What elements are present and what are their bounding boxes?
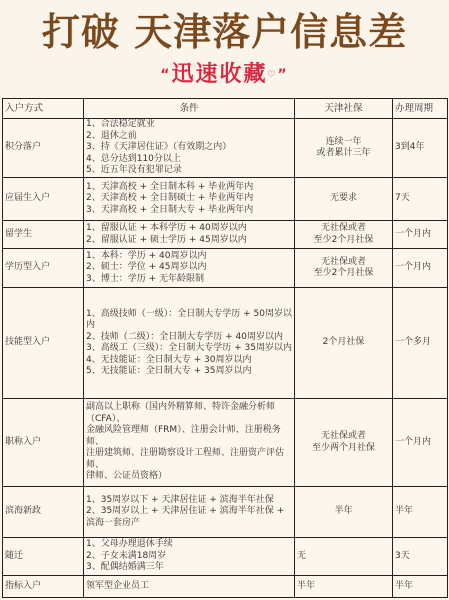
cell-social-security: 连续一年或者累计三年 xyxy=(295,119,393,178)
cell-social-security: 半年 xyxy=(295,487,393,538)
settlement-table: 入户方式 条件 天津社保 办理周期 积分落户1、合法稳定就业2、退休之前3、持《… xyxy=(2,98,448,598)
cell-conditions: 1、天津高校 + 全日制本科 + 毕业两年内2、天津高校 + 全日制硕士 + 毕… xyxy=(84,178,295,221)
cell-method: 积分落户 xyxy=(3,119,84,178)
column-header-social-security: 天津社保 xyxy=(295,99,393,119)
table-row: 技能型入户1、高级技师（一级）：全日制大专学历 + 50周岁以内2、技师（二级）… xyxy=(3,288,448,399)
cell-period: 3天 xyxy=(393,538,448,576)
social-security-line: 无社保或者 xyxy=(297,431,390,443)
social-security-line: 至少两个月社保 xyxy=(297,443,390,455)
condition-line: 2、天津高校 + 全日制硕士 + 毕业两年内 xyxy=(86,193,292,205)
social-security-line: 半年 xyxy=(297,581,390,593)
social-security-line: 连续一年 xyxy=(297,137,390,149)
condition-line: 1、35周岁以下 + 天津居住证 + 滨海半年社保 xyxy=(86,495,292,507)
cell-social-security: 无社保或者至少2个月社保 xyxy=(295,221,393,249)
social-security-line: 半年 xyxy=(297,506,390,518)
table-row: 指标入户领军型企业员工半年半年 xyxy=(3,576,448,598)
condition-line: 1、父母办理退休手续 xyxy=(86,539,292,551)
cell-method: 技能型入户 xyxy=(3,288,84,399)
table-row: 积分落户1、合法稳定就业2、退休之前3、持《天津居住证》（有效期之内）4、总分达… xyxy=(3,119,448,178)
social-security-line: 无 xyxy=(297,551,390,563)
condition-line: 2、硕士：学位 + 45周岁以内 xyxy=(86,262,292,274)
table-row: 留学生1、留服认证 + 本科学历 + 40周岁以内2、留服认证 + 硕士学历 +… xyxy=(3,221,448,249)
condition-line: 1、留服认证 + 本科学历 + 40周岁以内 xyxy=(86,223,292,235)
social-security-line: 或者累计三年 xyxy=(297,148,390,160)
condition-line: 2、退休之前 xyxy=(86,131,292,143)
condition-line: 3、高级工（三级）：全日制大专学历 + 35周岁以内 xyxy=(86,343,292,355)
cell-conditions: 1、留服认证 + 本科学历 + 40周岁以内2、留服认证 + 硕士学历 + 45… xyxy=(84,221,295,249)
table-header-row: 入户方式 条件 天津社保 办理周期 xyxy=(3,99,448,119)
cell-social-security: 无 xyxy=(295,538,393,576)
page-subtitle: “迅速收藏♡” xyxy=(0,60,449,90)
table-row: 应届生入户1、天津高校 + 全日制本科 + 毕业两年内2、天津高校 + 全日制硕… xyxy=(3,178,448,221)
condition-line: 律师、公证员资格） xyxy=(86,471,292,483)
condition-line: 5、无技能证：全日制大专 + 35周岁以内 xyxy=(86,366,292,378)
condition-line: 2、35周岁以上 + 天津居住证 + 滨海半年社保 + 滨海一套房产 xyxy=(86,506,292,529)
cell-social-security: 无要求 xyxy=(295,178,393,221)
cell-period: 一个月内 xyxy=(393,399,448,487)
condition-line: 3、天津高校 + 全日制大专 + 毕业两年内 xyxy=(86,205,292,217)
cell-conditions: 副高以上职称（国内外精算师、特许金融分析师（CFA）、金融风险管理师（FRM）、… xyxy=(84,399,295,487)
condition-line: 金融风险管理师（FRM）、注册会计师、注册税务师、 xyxy=(86,425,292,448)
cell-method: 指标入户 xyxy=(3,576,84,598)
condition-line: 3、博士：学历 + 无年龄限制 xyxy=(86,274,292,286)
condition-line: 1、高级技师（一级）：全日制大专学历 + 50周岁以内 xyxy=(86,309,292,332)
cell-conditions: 1、合法稳定就业2、退休之前3、持《天津居住证》（有效期之内）4、总分达到110… xyxy=(84,119,295,178)
quote-mark-icon: “ xyxy=(160,67,171,83)
condition-line: 领军型企业员工 xyxy=(86,581,292,593)
cell-method: 滨海新政 xyxy=(3,487,84,538)
social-security-line: 至少2个月社保 xyxy=(297,235,390,247)
cell-period: 一个多月 xyxy=(393,288,448,399)
column-header-conditions: 条件 xyxy=(84,99,295,119)
cell-conditions: 领军型企业员工 xyxy=(84,576,295,598)
cell-method: 学历型入户 xyxy=(3,249,84,288)
condition-line: 1、合法稳定就业 xyxy=(86,119,292,131)
condition-line: 2、子女未满18周岁 xyxy=(86,551,292,563)
social-security-line: 无要求 xyxy=(297,193,390,205)
condition-line: 2、留服认证 + 硕士学历 + 45周岁以内 xyxy=(86,235,292,247)
condition-line: 4、总分达到110分以上 xyxy=(86,154,292,166)
column-header-period: 办理周期 xyxy=(393,99,448,119)
cell-conditions: 1、父母办理退休手续2、子女未满18周岁3、配偶结婚满三年 xyxy=(84,538,295,576)
cell-conditions: 1、35周岁以下 + 天津居住证 + 滨海半年社保2、35周岁以上 + 天津居住… xyxy=(84,487,295,538)
cell-period: 半年 xyxy=(393,576,448,598)
cell-period: 7天 xyxy=(393,178,448,221)
heart-icon: ♡ xyxy=(267,70,277,80)
column-header-method: 入户方式 xyxy=(3,99,84,119)
page-title: 打破 天津落户信息差 xyxy=(0,10,449,54)
cell-period: 一个月内 xyxy=(393,221,448,249)
cell-social-security: 2个月社保 xyxy=(295,288,393,399)
cell-method: 随迁 xyxy=(3,538,84,576)
cell-method: 职称入户 xyxy=(3,399,84,487)
social-security-line: 至少2个月社保 xyxy=(297,268,390,280)
condition-line: 3、配偶结婚满三年 xyxy=(86,562,292,574)
cell-period: 一个月内 xyxy=(393,249,448,288)
cell-social-security: 无社保或者至少2个月社保 xyxy=(295,249,393,288)
cell-social-security: 半年 xyxy=(295,576,393,598)
cell-conditions: 1、本科：学历 + 40周岁以内2、硕士：学位 + 45周岁以内3、博士：学历 … xyxy=(84,249,295,288)
social-security-line: 2个月社保 xyxy=(297,337,390,349)
subtitle-text: 迅速收藏 xyxy=(171,62,267,87)
table-row: 滨海新政1、35周岁以下 + 天津居住证 + 滨海半年社保2、35周岁以上 + … xyxy=(3,487,448,538)
condition-line: 4、无技能证：全日制大专 + 30周岁以内 xyxy=(86,355,292,367)
cell-method: 留学生 xyxy=(3,221,84,249)
condition-line: 1、本科：学历 + 40周岁以内 xyxy=(86,251,292,263)
condition-line: 副高以上职称（国内外精算师、特许金融分析师（CFA）、 xyxy=(86,402,292,425)
condition-line: 2、技师（二级）：全日制大专学历 + 40周岁以内 xyxy=(86,332,292,344)
condition-line: 3、持《天津居住证》（有效期之内） xyxy=(86,142,292,154)
condition-line: 注册建筑师、注册勘察设计工程师、注册资产评估师、 xyxy=(86,448,292,471)
cell-conditions: 1、高级技师（一级）：全日制大专学历 + 50周岁以内2、技师（二级）：全日制大… xyxy=(84,288,295,399)
cell-social-security: 无社保或者至少两个月社保 xyxy=(295,399,393,487)
social-security-line: 无社保或者 xyxy=(297,257,390,269)
social-security-line: 无社保或者 xyxy=(297,223,390,235)
table-row: 学历型入户1、本科：学历 + 40周岁以内2、硕士：学位 + 45周岁以内3、博… xyxy=(3,249,448,288)
cell-period: 3到4年 xyxy=(393,119,448,178)
cell-period: 半年 xyxy=(393,487,448,538)
table-row: 随迁1、父母办理退休手续2、子女未满18周岁3、配偶结婚满三年无3天 xyxy=(3,538,448,576)
quote-mark-icon: ” xyxy=(278,67,289,83)
table-row: 职称入户副高以上职称（国内外精算师、特许金融分析师（CFA）、金融风险管理师（F… xyxy=(3,399,448,487)
cell-method: 应届生入户 xyxy=(3,178,84,221)
condition-line: 1、天津高校 + 全日制本科 + 毕业两年内 xyxy=(86,182,292,194)
condition-line: 5、近五年没有犯罪记录 xyxy=(86,165,292,177)
